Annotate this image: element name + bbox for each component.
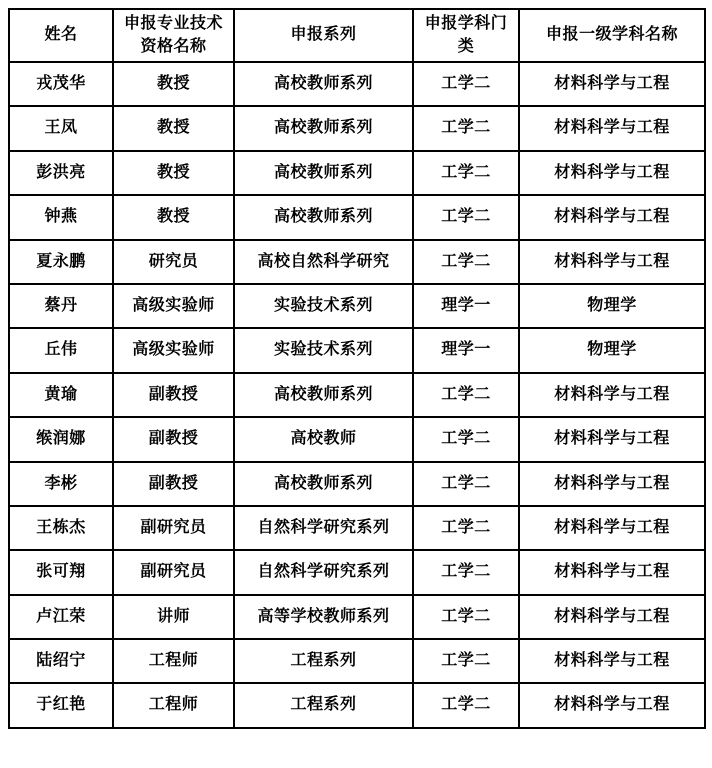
table-cell: 材料科学与工程: [519, 240, 705, 284]
table-cell: 材料科学与工程: [519, 417, 705, 461]
table-cell: 工学二: [413, 373, 519, 417]
table-cell: 高校教师系列: [234, 106, 413, 150]
table-cell: 物理学: [519, 328, 705, 372]
table-cell: 丘伟: [9, 328, 113, 372]
table-cell: 材料科学与工程: [519, 595, 705, 639]
table-cell: 教授: [113, 62, 234, 106]
applicants-table: 姓名申报专业技术资格名称申报系列申报学科门类申报一级学科名称 戎茂华教授高校教师…: [8, 8, 706, 729]
table-row: 王栋杰副研究员自然科学研究系列工学二材料科学与工程: [9, 506, 705, 550]
table-cell: 工学二: [413, 62, 519, 106]
table-cell: 工学二: [413, 195, 519, 239]
table-cell: 工程师: [113, 639, 234, 683]
table-row: 丘伟高级实验师实验技术系列理学一物理学: [9, 328, 705, 372]
table-header-row: 姓名申报专业技术资格名称申报系列申报学科门类申报一级学科名称: [9, 9, 705, 62]
table-cell: 高级实验师: [113, 328, 234, 372]
table-cell: 彭洪亮: [9, 151, 113, 195]
table-cell: 物理学: [519, 284, 705, 328]
table-cell: 工学二: [413, 106, 519, 150]
table-cell: 高等学校教师系列: [234, 595, 413, 639]
table-cell: 高校教师系列: [234, 462, 413, 506]
table-cell: 高校教师系列: [234, 62, 413, 106]
table-cell: 自然科学研究系列: [234, 550, 413, 594]
table-cell: 工学二: [413, 417, 519, 461]
table-cell: 缑润娜: [9, 417, 113, 461]
table-row: 戎茂华教授高校教师系列工学二材料科学与工程: [9, 62, 705, 106]
table-cell: 副教授: [113, 462, 234, 506]
table-cell: 材料科学与工程: [519, 550, 705, 594]
table-row: 彭洪亮教授高校教师系列工学二材料科学与工程: [9, 151, 705, 195]
table-cell: 材料科学与工程: [519, 639, 705, 683]
table-row: 李彬副教授高校教师系列工学二材料科学与工程: [9, 462, 705, 506]
table-cell: 高校教师系列: [234, 151, 413, 195]
table-cell: 教授: [113, 106, 234, 150]
table-cell: 工程师: [113, 683, 234, 727]
table-cell: 材料科学与工程: [519, 462, 705, 506]
column-header: 申报系列: [234, 9, 413, 62]
table-cell: 教授: [113, 195, 234, 239]
table-row: 蔡丹高级实验师实验技术系列理学一物理学: [9, 284, 705, 328]
table-cell: 材料科学与工程: [519, 62, 705, 106]
table-cell: 副研究员: [113, 550, 234, 594]
table-cell: 自然科学研究系列: [234, 506, 413, 550]
table-cell: 工程系列: [234, 683, 413, 727]
table-cell: 黄瑜: [9, 373, 113, 417]
table-cell: 材料科学与工程: [519, 683, 705, 727]
table-cell: 王凤: [9, 106, 113, 150]
table-cell: 材料科学与工程: [519, 151, 705, 195]
column-header: 申报专业技术资格名称: [113, 9, 234, 62]
table-row: 缑润娜副教授高校教师工学二材料科学与工程: [9, 417, 705, 461]
table-cell: 工学二: [413, 639, 519, 683]
table-cell: 高级实验师: [113, 284, 234, 328]
table-cell: 材料科学与工程: [519, 506, 705, 550]
table-row: 夏永鹏研究员高校自然科学研究工学二材料科学与工程: [9, 240, 705, 284]
table-cell: 蔡丹: [9, 284, 113, 328]
table-cell: 研究员: [113, 240, 234, 284]
table-cell: 李彬: [9, 462, 113, 506]
table-cell: 高校教师: [234, 417, 413, 461]
table-cell: 夏永鹏: [9, 240, 113, 284]
table-cell: 钟燕: [9, 195, 113, 239]
table-cell: 工学二: [413, 240, 519, 284]
table-cell: 工学二: [413, 550, 519, 594]
table-cell: 工学二: [413, 506, 519, 550]
table-cell: 材料科学与工程: [519, 195, 705, 239]
table-cell: 副研究员: [113, 506, 234, 550]
table-row: 于红艳工程师工程系列工学二材料科学与工程: [9, 683, 705, 727]
table-cell: 副教授: [113, 417, 234, 461]
table-cell: 陆绍宁: [9, 639, 113, 683]
table-cell: 于红艳: [9, 683, 113, 727]
table-cell: 工学二: [413, 683, 519, 727]
table-cell: 王栋杰: [9, 506, 113, 550]
table-cell: 工学二: [413, 595, 519, 639]
table-cell: 理学一: [413, 328, 519, 372]
table-cell: 高校自然科学研究: [234, 240, 413, 284]
table-cell: 实验技术系列: [234, 284, 413, 328]
table-row: 卢江荣讲师高等学校教师系列工学二材料科学与工程: [9, 595, 705, 639]
table-cell: 工学二: [413, 151, 519, 195]
table-cell: 卢江荣: [9, 595, 113, 639]
table-cell: 张可翔: [9, 550, 113, 594]
table-cell: 副教授: [113, 373, 234, 417]
table-row: 王凤教授高校教师系列工学二材料科学与工程: [9, 106, 705, 150]
table-cell: 实验技术系列: [234, 328, 413, 372]
table-cell: 工程系列: [234, 639, 413, 683]
table-cell: 戎茂华: [9, 62, 113, 106]
table-row: 黄瑜副教授高校教师系列工学二材料科学与工程: [9, 373, 705, 417]
table-row: 陆绍宁工程师工程系列工学二材料科学与工程: [9, 639, 705, 683]
table-cell: 教授: [113, 151, 234, 195]
document-page: 姓名申报专业技术资格名称申报系列申报学科门类申报一级学科名称 戎茂华教授高校教师…: [0, 0, 712, 737]
table-cell: 材料科学与工程: [519, 373, 705, 417]
column-header: 姓名: [9, 9, 113, 62]
table-cell: 讲师: [113, 595, 234, 639]
table-cell: 高校教师系列: [234, 195, 413, 239]
column-header: 申报学科门类: [413, 9, 519, 62]
table-cell: 工学二: [413, 462, 519, 506]
table-row: 张可翔副研究员自然科学研究系列工学二材料科学与工程: [9, 550, 705, 594]
column-header: 申报一级学科名称: [519, 9, 705, 62]
table-cell: 材料科学与工程: [519, 106, 705, 150]
table-cell: 理学一: [413, 284, 519, 328]
table-cell: 高校教师系列: [234, 373, 413, 417]
table-row: 钟燕教授高校教师系列工学二材料科学与工程: [9, 195, 705, 239]
